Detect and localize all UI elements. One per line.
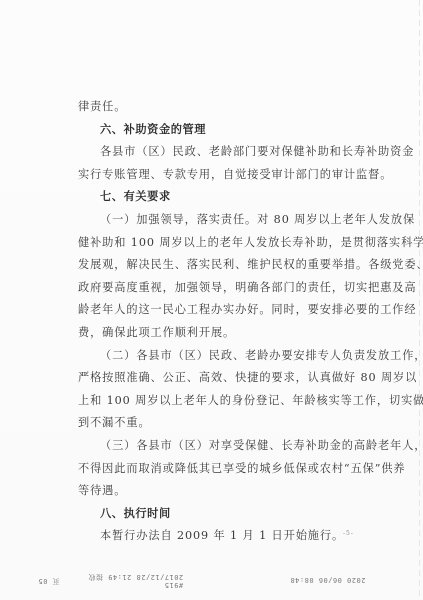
text-line: 实行专账管理、专款专用，自觉接受审计部门的审计监督。 <box>78 164 358 187</box>
scan-edge-artifact <box>419 0 420 600</box>
page-number: -5- <box>343 530 354 537</box>
text-line: （三）各县市（区）对享受保健、长寿补助金的高龄老年人， <box>78 435 358 458</box>
fax-send-datetime: 2020 06/06 08:48 <box>290 576 365 584</box>
fax-receive-line: 2017/12/28 21:49 接收 <box>88 573 183 581</box>
text-line: 不得因此而取消或降低其已享受的城乡低保或农村“五保”供养 <box>78 458 358 481</box>
text-line: （二）各县市（区）民政、老龄办要安排专人负责发放工作， <box>78 345 358 368</box>
text-line: 龄老年人的这一民心工程办实办好。同时，要安排必要的工作经 <box>78 299 358 322</box>
text-line: 本暂行办法自 2009 年 1 月 1 日开始施行。 <box>78 525 358 548</box>
fax-receive-info: #915 2017/12/28 21:49 接收 <box>88 573 183 589</box>
text-line: 上和 100 周岁以上老年人的身份登记、年龄核实等工作，切实做 <box>78 390 358 413</box>
section-heading-requirements: 七、有关要求 <box>78 186 358 209</box>
section-heading-effective-date: 八、执行时间 <box>78 503 358 526</box>
fax-receive-datetime: 2017/12/28 21:49 <box>108 573 183 581</box>
text-line: 律责任。 <box>78 96 358 119</box>
text-line: 健补助和 100 周岁以上的老年人发放长寿补助，是贯彻落实科学 <box>78 232 358 255</box>
text-line: （一）加强领导，落实责任。对 80 周岁以上老年人发放保 <box>78 209 358 232</box>
text-line: 严格按照准确、公正、高效、快捷的要求，认真做好 80 周岁以 <box>78 367 358 390</box>
section-heading-fund-management: 六、补助资金的管理 <box>78 119 358 142</box>
text-line: 各县市（区）民政、老龄部门要对保健补助和长寿补助资金 <box>78 141 358 164</box>
fax-id: #915 <box>88 581 183 589</box>
text-line: 政府要高度重视，加强领导，明确各部门的责任，切实把惠及高 <box>78 277 358 300</box>
text-line: 等待遇。 <box>78 480 358 503</box>
text-line: 发展观，解决民生、落实民利、维护民权的重要举措。各级党委、 <box>78 254 358 277</box>
fax-receive-label: 接收 <box>88 573 103 581</box>
document-body: 律责任。 六、补助资金的管理 各县市（区）民政、老龄部门要对保健补助和长寿补助资… <box>78 96 358 548</box>
fax-page-label: 页 05 <box>38 576 60 586</box>
scanned-page: 律责任。 六、补助资金的管理 各县市（区）民政、老龄部门要对保健补助和长寿补助资… <box>0 0 423 600</box>
text-line: 费，确保此项工作顺利开展。 <box>78 322 358 345</box>
text-line: 到不漏不重。 <box>78 412 358 435</box>
